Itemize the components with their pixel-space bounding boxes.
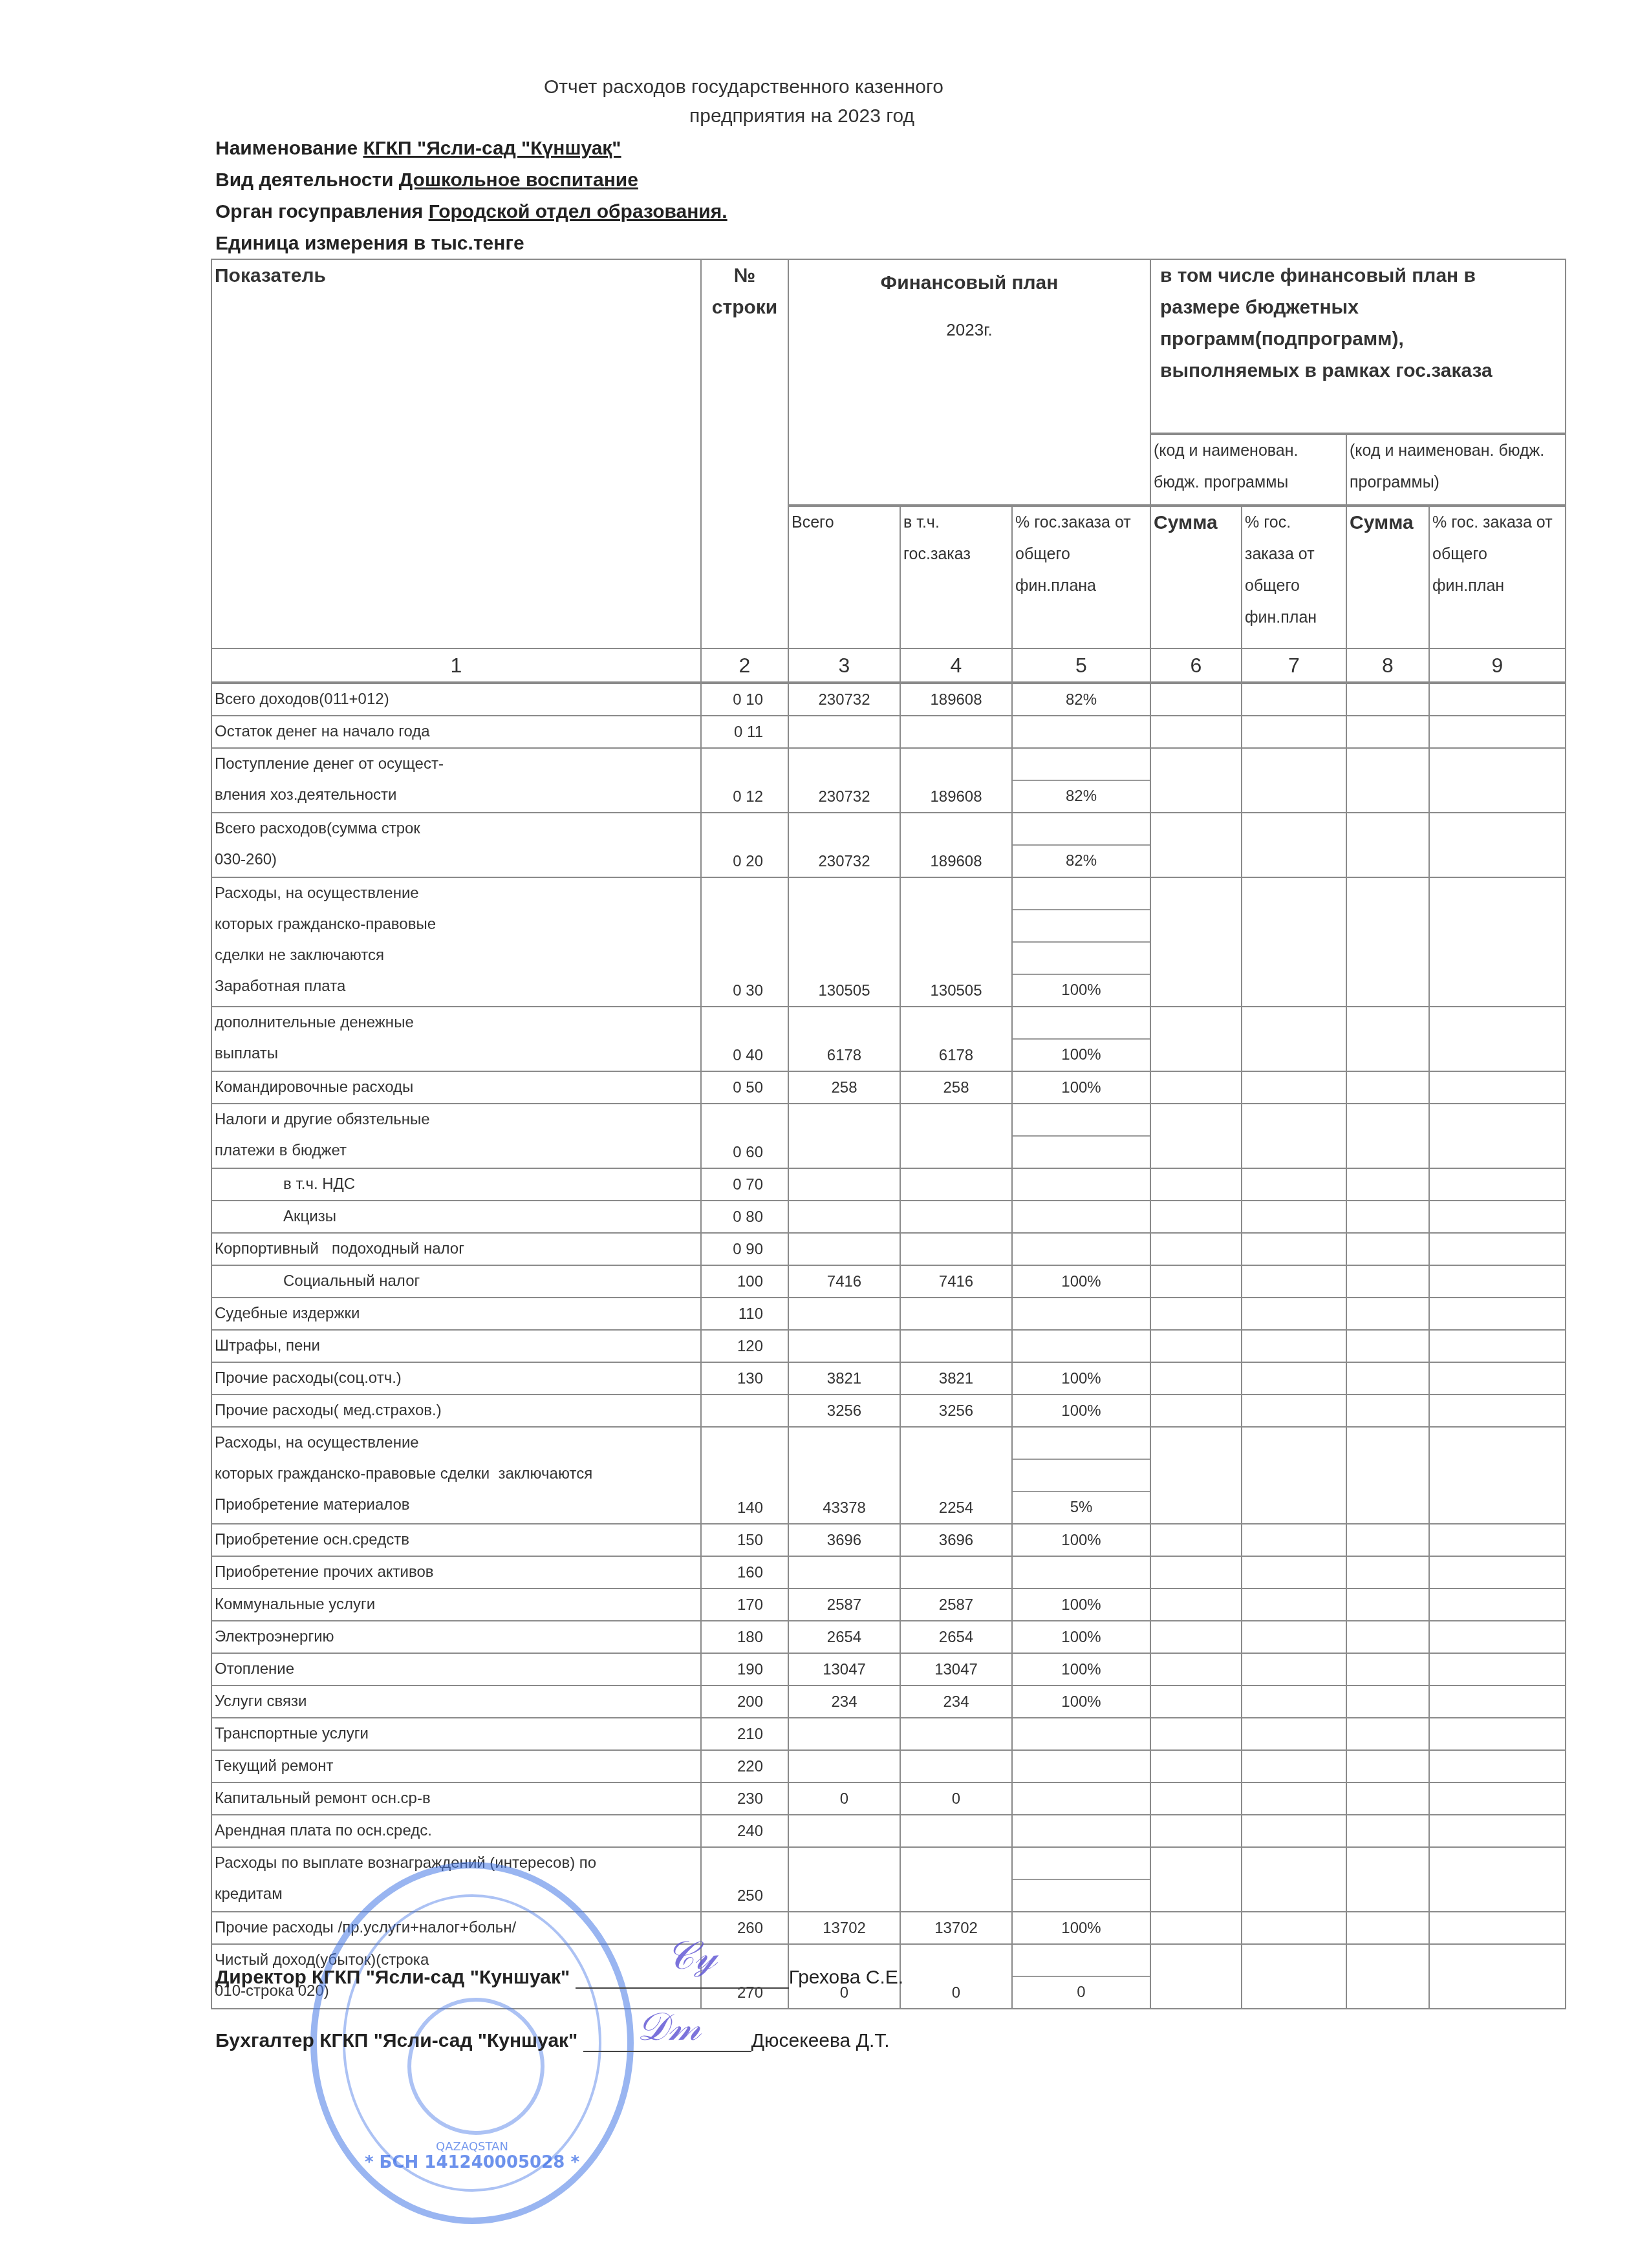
value-sum-1: [1150, 1944, 1242, 2009]
value-pct-1: [1242, 1815, 1346, 1847]
header-total: Всего: [788, 506, 900, 648]
value-pct: 100%: [1012, 1621, 1150, 1653]
value-pct-1: [1242, 813, 1346, 877]
row-label: Текущий ремонт: [211, 1750, 701, 1782]
row-label: Корпортивный подоходный налог: [211, 1233, 701, 1265]
value-pct-1: [1242, 716, 1346, 748]
value-total: [788, 716, 900, 748]
value-sum-2: [1346, 1944, 1429, 2009]
value-sum-2: [1346, 716, 1429, 748]
pct-subline: [1013, 1945, 1150, 1977]
row-code: 120: [701, 1330, 788, 1362]
value-total: [788, 1104, 900, 1168]
emblem-icon: [407, 1998, 544, 2135]
value-sum-1: [1150, 1427, 1242, 1524]
value-total: 230732: [788, 748, 900, 813]
value-sum-2: [1346, 1718, 1429, 1750]
value-pct-1: [1242, 1071, 1346, 1104]
row-label: Командировочные расходы: [211, 1071, 701, 1104]
value-pct-1: [1242, 1847, 1346, 1912]
value-state-order: 3696: [900, 1524, 1012, 1556]
value-state-order: [900, 1815, 1012, 1847]
value-state-order: 189608: [900, 748, 1012, 813]
pct-subline: [1013, 910, 1150, 943]
row-code: 100: [701, 1265, 788, 1298]
value-pct-2: [1429, 1782, 1566, 1815]
value-sum-2: [1346, 1362, 1429, 1395]
value-state-order: [900, 1330, 1012, 1362]
table-row: Арендная плата по осн.средс.240: [211, 1815, 1566, 1847]
table-row: Расходы, на осуществление которых гражда…: [211, 877, 1566, 1007]
value-state-order: [900, 1233, 1012, 1265]
row-code: 200: [701, 1685, 788, 1718]
org-name: Наименование КГКП "Ясли-сад "Күншуақ": [215, 138, 621, 160]
row-code: 0 30: [701, 877, 788, 1007]
header-pct-2: % гос. заказа от общего фин.план: [1429, 506, 1566, 648]
row-code: 190: [701, 1653, 788, 1685]
value-sum-2: [1346, 1782, 1429, 1815]
value-pct-1: [1242, 1104, 1346, 1168]
value-pct-2: [1429, 1653, 1566, 1685]
authority: Орган госуправления Городской отдел обра…: [215, 201, 727, 223]
row-code: 0 90: [701, 1233, 788, 1265]
table-row: Капитальный ремонт осн.ср-в23000: [211, 1782, 1566, 1815]
value-pct-2: [1429, 1201, 1566, 1233]
column-number-7: 7: [1242, 648, 1346, 683]
row-label: Расходы, на осуществление которых гражда…: [211, 877, 701, 1007]
header-sum-2: Сумма: [1346, 506, 1429, 648]
value-state-order: 13047: [900, 1653, 1012, 1685]
value-sum-2: [1346, 1589, 1429, 1621]
header-fin-plan-year: 2023г.: [792, 306, 1147, 353]
value-sum-1: [1150, 1298, 1242, 1330]
value-state-order: 0: [900, 1782, 1012, 1815]
value-sum-2: [1346, 1395, 1429, 1427]
value-state-order: 258: [900, 1071, 1012, 1104]
value-sum-1: [1150, 1912, 1242, 1944]
value-pct-2: [1429, 1265, 1566, 1298]
director-name: Грехова С.Е.: [789, 1967, 904, 1988]
value-state-order: 189608: [900, 813, 1012, 877]
director-handwritten-signature-icon: 𝒞𝓎: [666, 1933, 717, 1978]
value-total: 230732: [788, 683, 900, 716]
value-total: [788, 1847, 900, 1912]
value-pct: 100%: [1012, 1524, 1150, 1556]
value-pct-1: [1242, 1330, 1346, 1362]
value-sum-1: [1150, 716, 1242, 748]
stamp-country: QAZAQSTAN: [317, 2140, 627, 2154]
value-sum-1: [1150, 1815, 1242, 1847]
row-label: Коммунальные услуги: [211, 1589, 701, 1621]
value-pct-2: [1429, 748, 1566, 813]
value-total: 43378: [788, 1427, 900, 1524]
value-total: [788, 1718, 900, 1750]
value-state-order: 2254: [900, 1427, 1012, 1524]
value-total: 3821: [788, 1362, 900, 1395]
row-code: 140: [701, 1427, 788, 1524]
value-state-order: [900, 1556, 1012, 1589]
value-total: [788, 1815, 900, 1847]
value-total: 6178: [788, 1007, 900, 1071]
row-label: Приобретение осн.средств: [211, 1524, 701, 1556]
accountant-handwritten-signature-icon: 𝒟𝓂: [637, 2004, 701, 2049]
value-state-order: [900, 716, 1012, 748]
value-total: [788, 1168, 900, 1201]
value-pct-2: [1429, 716, 1566, 748]
pct-value: [1013, 1137, 1150, 1168]
value-pct-2: [1429, 1298, 1566, 1330]
pct-value: 0: [1013, 1977, 1150, 2008]
value-pct: [1012, 1750, 1150, 1782]
value-sum-1: [1150, 1847, 1242, 1912]
value-pct-2: [1429, 1524, 1566, 1556]
value-pct: 100%: [1012, 1685, 1150, 1718]
value-sum-2: [1346, 683, 1429, 716]
value-pct: 100%: [1012, 877, 1150, 1007]
column-number-9: 9: [1429, 648, 1566, 683]
header-pct-state-order: % гос.заказа от общего фин.плана: [1012, 506, 1150, 648]
table-row: дополнительные денежные выплаты0 4061786…: [211, 1007, 1566, 1071]
value-sum-1: [1150, 1168, 1242, 1201]
value-pct-1: [1242, 1912, 1346, 1944]
table-row: Штрафы, пени120: [211, 1330, 1566, 1362]
table-row: Приобретение осн.средств15036963696100%: [211, 1524, 1566, 1556]
value-pct: 82%: [1012, 748, 1150, 813]
report-title-line2: предприятия на 2023 год: [58, 105, 1546, 127]
pct-value: 5%: [1013, 1492, 1150, 1523]
header-fin-plan: Финансовый план 2023г.: [788, 259, 1150, 506]
pct-value: 100%: [1013, 975, 1150, 1006]
value-sum-1: [1150, 1782, 1242, 1815]
activity-value: Дошкольное воспитание: [399, 169, 638, 191]
header-sum-1: Сумма: [1150, 506, 1242, 648]
value-state-order: [900, 1298, 1012, 1330]
value-pct-2: [1429, 1104, 1566, 1168]
value-pct: [1012, 1104, 1150, 1168]
value-state-order: 13702: [900, 1912, 1012, 1944]
value-state-order: 2587: [900, 1589, 1012, 1621]
table-row: Электроэнергию18026542654100%: [211, 1621, 1566, 1653]
value-total: 2654: [788, 1621, 900, 1653]
value-pct-2: [1429, 1071, 1566, 1104]
row-label: Капитальный ремонт осн.ср-в: [211, 1782, 701, 1815]
value-pct-2: [1429, 1007, 1566, 1071]
pct-subline: [1013, 1428, 1150, 1460]
row-label: Электроэнергию: [211, 1621, 701, 1653]
value-sum-1: [1150, 1362, 1242, 1395]
table-body: Всего доходов(011+012)0 1023073218960882…: [211, 683, 1566, 2009]
pct-subline: [1013, 878, 1150, 910]
value-pct-1: [1242, 1685, 1346, 1718]
value-sum-1: [1150, 1265, 1242, 1298]
activity-label: Вид деятельности: [215, 169, 399, 191]
authority-label: Орган госуправления: [215, 201, 429, 222]
row-label: Расходы, на осуществление которых гражда…: [211, 1427, 701, 1524]
value-pct: [1012, 1847, 1150, 1912]
header-row-no: № строки: [701, 259, 788, 648]
value-sum-1: [1150, 1104, 1242, 1168]
value-state-order: 2654: [900, 1621, 1012, 1653]
row-code: 0 20: [701, 813, 788, 877]
value-sum-2: [1346, 877, 1429, 1007]
value-pct: [1012, 1168, 1150, 1201]
value-sum-2: [1346, 1104, 1429, 1168]
value-sum-1: [1150, 1007, 1242, 1071]
value-pct: 100%: [1012, 1589, 1150, 1621]
value-pct-1: [1242, 1556, 1346, 1589]
row-code: 0 11: [701, 716, 788, 748]
column-number-4: 4: [900, 648, 1012, 683]
value-sum-2: [1346, 748, 1429, 813]
value-pct-1: [1242, 1007, 1346, 1071]
table-row: Услуги связи200234234100%: [211, 1685, 1566, 1718]
table-row: Поступление денег от осущест- вления хоз…: [211, 748, 1566, 813]
table-row: Всего расходов(сумма строк 030-260)0 202…: [211, 813, 1566, 877]
pct-subline: [1013, 943, 1150, 975]
value-pct: [1012, 1298, 1150, 1330]
table-row: Прочие расходы(соц.отч.)13038213821100%: [211, 1362, 1566, 1395]
value-pct-2: [1429, 813, 1566, 877]
row-code: 0 70: [701, 1168, 788, 1201]
value-pct-1: [1242, 1621, 1346, 1653]
value-state-order: 3256: [900, 1395, 1012, 1427]
table-row: Приобретение прочих активов160: [211, 1556, 1566, 1589]
column-number-5: 5: [1012, 648, 1150, 683]
table-row: Судебные издержки110: [211, 1298, 1566, 1330]
value-pct-1: [1242, 1201, 1346, 1233]
value-pct-1: [1242, 1524, 1346, 1556]
financial-report-table: Показатель № строки Финансовый план 2023…: [211, 259, 1566, 2009]
value-total: 234: [788, 1685, 900, 1718]
value-pct-2: [1429, 1621, 1566, 1653]
value-pct-1: [1242, 877, 1346, 1007]
row-code: 230: [701, 1782, 788, 1815]
value-sum-2: [1346, 1685, 1429, 1718]
value-pct: 100%: [1012, 1362, 1150, 1395]
value-sum-2: [1346, 1653, 1429, 1685]
value-sum-1: [1150, 1556, 1242, 1589]
value-total: 7416: [788, 1265, 900, 1298]
value-state-order: [900, 1168, 1012, 1201]
row-label: Всего расходов(сумма строк 030-260): [211, 813, 701, 877]
value-sum-2: [1346, 1298, 1429, 1330]
value-pct-1: [1242, 1233, 1346, 1265]
row-label: Поступление денег от осущест- вления хоз…: [211, 748, 701, 813]
table-row: Налоги и другие обязтельные платежи в бю…: [211, 1104, 1566, 1168]
value-pct: [1012, 716, 1150, 748]
value-total: 230732: [788, 813, 900, 877]
value-sum-2: [1346, 1815, 1429, 1847]
org-name-value: КГКП "Ясли-сад "Күншуақ": [363, 138, 621, 159]
value-pct-2: [1429, 1362, 1566, 1395]
value-pct: [1012, 1233, 1150, 1265]
stamp-bin: * БСН 141240005028 *: [317, 2153, 627, 2172]
value-pct-1: [1242, 683, 1346, 716]
value-sum-1: [1150, 1233, 1242, 1265]
report-title-line1: Отчет расходов государственного казенног…: [0, 76, 1487, 98]
value-sum-1: [1150, 877, 1242, 1007]
value-sum-2: [1346, 1007, 1429, 1071]
activity-type: Вид деятельности Дошкольное воспитание: [215, 169, 638, 191]
value-sum-2: [1346, 1847, 1429, 1912]
value-state-order: 234: [900, 1685, 1012, 1718]
value-pct: 100%: [1012, 1265, 1150, 1298]
value-sum-1: [1150, 1685, 1242, 1718]
value-sum-1: [1150, 1071, 1242, 1104]
value-total: [788, 1201, 900, 1233]
pct-subline: [1013, 1007, 1150, 1040]
pct-value: 82%: [1013, 846, 1150, 877]
column-number-6: 6: [1150, 648, 1242, 683]
column-number-8: 8: [1346, 648, 1429, 683]
value-pct: [1012, 1556, 1150, 1589]
value-pct-1: [1242, 748, 1346, 813]
value-total: [788, 1750, 900, 1782]
row-code: 0 12: [701, 748, 788, 813]
value-pct-1: [1242, 1944, 1346, 2009]
table-row: Текущий ремонт220: [211, 1750, 1566, 1782]
value-sum-2: [1346, 1427, 1429, 1524]
value-state-order: 6178: [900, 1007, 1012, 1071]
value-pct: 100%: [1012, 1912, 1150, 1944]
value-pct: 100%: [1012, 1071, 1150, 1104]
row-code: 130: [701, 1362, 788, 1395]
row-code: 240: [701, 1815, 788, 1847]
value-pct: 100%: [1012, 1653, 1150, 1685]
row-label: Отопление: [211, 1653, 701, 1685]
value-total: [788, 1330, 900, 1362]
row-code: 0 50: [701, 1071, 788, 1104]
value-sum-2: [1346, 1556, 1429, 1589]
value-sum-1: [1150, 813, 1242, 877]
table-row: Коммунальные услуги17025872587100%: [211, 1589, 1566, 1621]
row-code: 220: [701, 1750, 788, 1782]
header-incl-budget: в том числе финансовый план в размере бю…: [1150, 259, 1566, 434]
value-sum-2: [1346, 1265, 1429, 1298]
row-label: Штрафы, пени: [211, 1330, 701, 1362]
value-sum-1: [1150, 1653, 1242, 1685]
pct-value: [1013, 1880, 1150, 1911]
header-fin-plan-title: Финансовый план: [792, 260, 1147, 306]
value-pct-2: [1429, 877, 1566, 1007]
row-label: Социальный налог: [211, 1265, 701, 1298]
value-pct-2: [1429, 683, 1566, 716]
value-sum-1: [1150, 1524, 1242, 1556]
value-total: [788, 1298, 900, 1330]
value-sum-2: [1346, 1330, 1429, 1362]
column-numbers-row: 123456789: [211, 648, 1566, 683]
value-sum-1: [1150, 1201, 1242, 1233]
value-state-order: 3821: [900, 1362, 1012, 1395]
value-sum-1: [1150, 1395, 1242, 1427]
value-pct: 5%: [1012, 1427, 1150, 1524]
pct-value: 82%: [1013, 781, 1150, 812]
authority-value: Городской отдел образования.: [429, 201, 727, 222]
value-total: 258: [788, 1071, 900, 1104]
value-total: 130505: [788, 877, 900, 1007]
value-pct-2: [1429, 1685, 1566, 1718]
row-label: Налоги и другие обязтельные платежи в бю…: [211, 1104, 701, 1168]
value-sum-1: [1150, 1330, 1242, 1362]
row-code: 250: [701, 1847, 788, 1912]
value-pct-2: [1429, 1847, 1566, 1912]
header-pct-1: % гос. заказа от общего фин.план: [1242, 506, 1346, 648]
pct-subline: [1013, 1848, 1150, 1880]
value-sum-2: [1346, 1750, 1429, 1782]
value-pct-2: [1429, 1168, 1566, 1201]
value-pct-2: [1429, 1330, 1566, 1362]
table-row: Социальный налог10074167416100%: [211, 1265, 1566, 1298]
value-pct-2: [1429, 1912, 1566, 1944]
row-label: Всего доходов(011+012): [211, 683, 701, 716]
value-total: 3696: [788, 1524, 900, 1556]
row-code: 180: [701, 1621, 788, 1653]
row-label: Транспортные услуги: [211, 1718, 701, 1750]
table-row: Всего доходов(011+012)0 1023073218960882…: [211, 683, 1566, 716]
value-sum-2: [1346, 1621, 1429, 1653]
row-code: 210: [701, 1718, 788, 1750]
value-pct-1: [1242, 1750, 1346, 1782]
value-pct-2: [1429, 1589, 1566, 1621]
table-row: Транспортные услуги210: [211, 1718, 1566, 1750]
row-label: в т.ч. НДС: [211, 1168, 701, 1201]
value-pct: 82%: [1012, 683, 1150, 716]
value-sum-1: [1150, 1621, 1242, 1653]
column-number-3: 3: [788, 648, 900, 683]
header-indicator: Показатель: [211, 259, 701, 648]
value-state-order: 7416: [900, 1265, 1012, 1298]
value-total: 3256: [788, 1395, 900, 1427]
row-code: 0 10: [701, 683, 788, 716]
row-label: Арендная плата по осн.средс.: [211, 1815, 701, 1847]
value-pct-1: [1242, 1298, 1346, 1330]
value-total: [788, 1556, 900, 1589]
value-sum-1: [1150, 683, 1242, 716]
table-row: Прочие расходы( мед.страхов.)32563256100…: [211, 1395, 1566, 1427]
value-sum-1: [1150, 748, 1242, 813]
table-row: Остаток денег на начало года0 11: [211, 716, 1566, 748]
value-pct-1: [1242, 1427, 1346, 1524]
value-sum-1: [1150, 1718, 1242, 1750]
header-budget-prog-2: (код и наименован. бюдж. программы): [1346, 434, 1566, 506]
value-pct: [1012, 1782, 1150, 1815]
table-row: Расходы, на осуществление которых гражда…: [211, 1427, 1566, 1524]
value-sum-2: [1346, 1201, 1429, 1233]
value-pct-1: [1242, 1265, 1346, 1298]
value-pct: [1012, 1718, 1150, 1750]
table-row: Командировочные расходы0 50258258100%: [211, 1071, 1566, 1104]
column-number-2: 2: [701, 648, 788, 683]
value-pct-2: [1429, 1718, 1566, 1750]
value-pct-2: [1429, 1944, 1566, 2009]
value-pct: 100%: [1012, 1395, 1150, 1427]
value-sum-1: [1150, 1750, 1242, 1782]
value-total: 13702: [788, 1912, 900, 1944]
header-incl-state-order: в т.ч. гос.заказ: [900, 506, 1012, 648]
value-pct-2: [1429, 1556, 1566, 1589]
value-pct: [1012, 1815, 1150, 1847]
value-pct-2: [1429, 1395, 1566, 1427]
value-pct-1: [1242, 1653, 1346, 1685]
value-pct: [1012, 1201, 1150, 1233]
table-row: Корпортивный подоходный налог0 90: [211, 1233, 1566, 1265]
value-pct: [1012, 1330, 1150, 1362]
value-sum-2: [1346, 1912, 1429, 1944]
table-row: в т.ч. НДС0 70: [211, 1168, 1566, 1201]
pct-subline: [1013, 1460, 1150, 1492]
accountant-label: Бухгалтер КГКП "Ясли-сад "Куншуак": [215, 2030, 577, 2051]
table-row: Отопление1901304713047100%: [211, 1653, 1566, 1685]
